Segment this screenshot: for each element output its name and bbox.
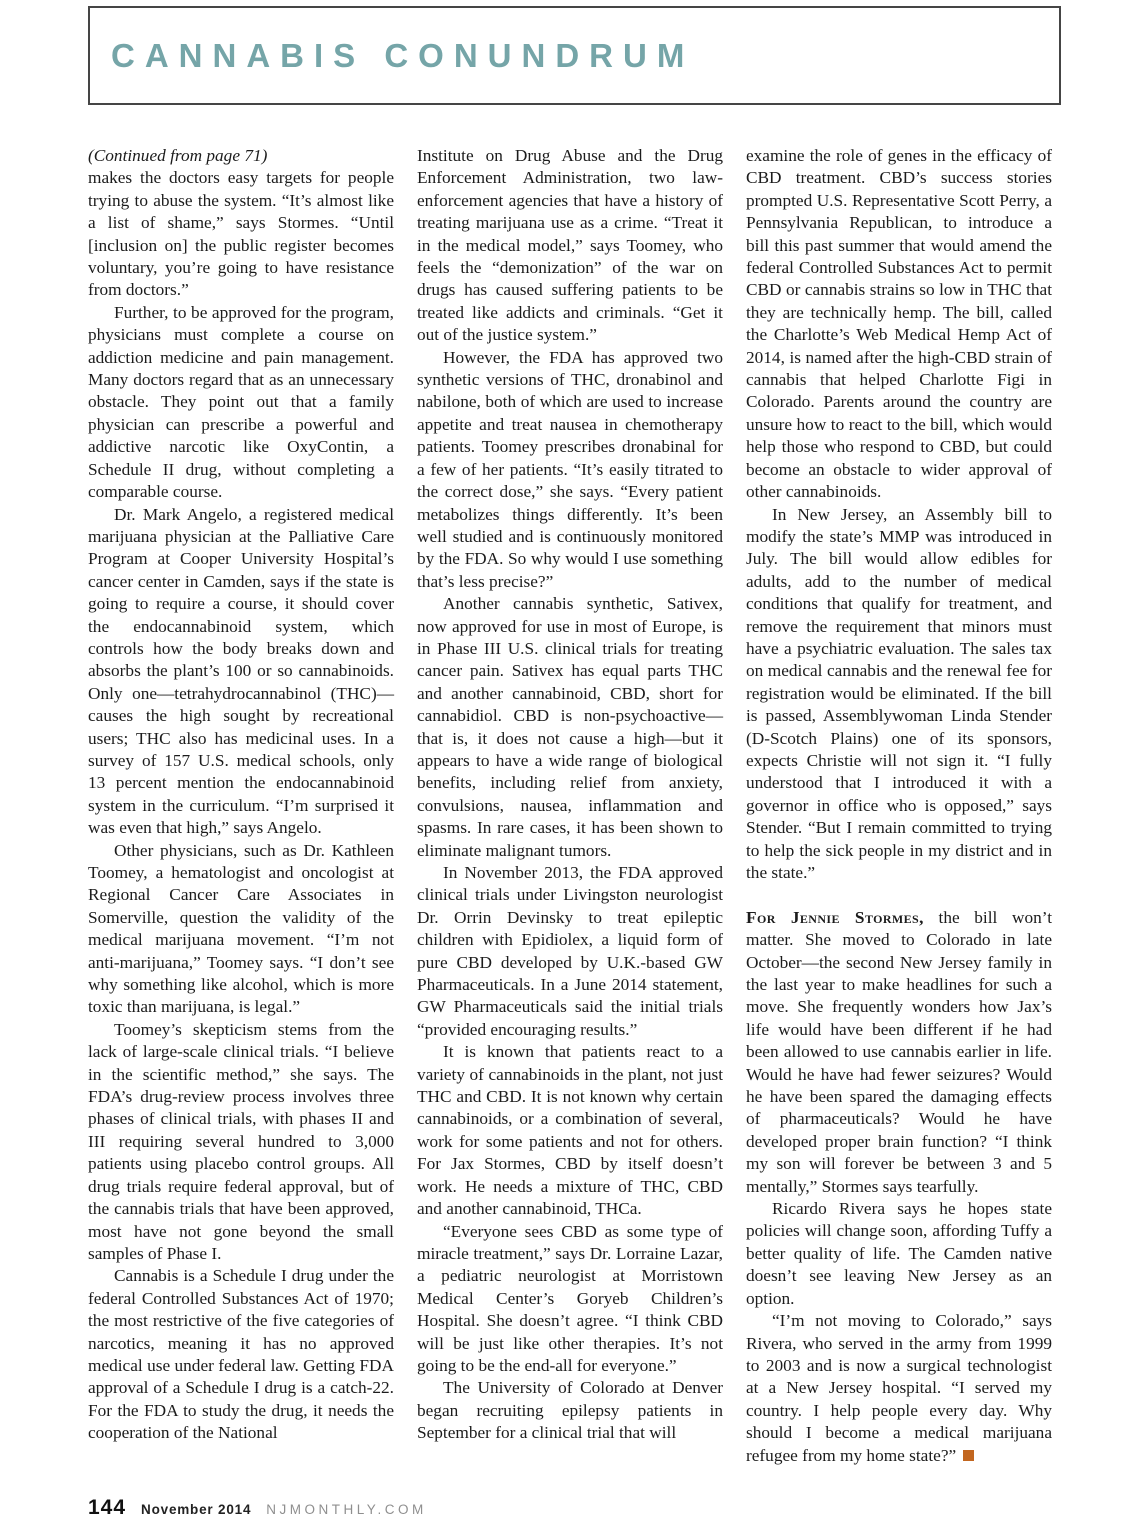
- paragraph-final: “I’m not moving to Colorado,” says River…: [746, 1310, 1052, 1467]
- paragraph-section-start: For Jennie Stormes, the bill won’t matte…: [746, 907, 1052, 1198]
- continued-from-note: (Continued from page 71): [88, 145, 394, 167]
- text-column-2: Institute on Drug Abuse and the Drug Enf…: [417, 145, 723, 1467]
- paragraph: Institute on Drug Abuse and the Drug Enf…: [417, 145, 723, 347]
- paragraph: Cannabis is a Schedule I drug under the …: [88, 1265, 394, 1444]
- article-title: CANNABIS CONUNDRUM: [90, 37, 694, 75]
- page-footer: 144 November 2014 NJMONTHLY.COM: [88, 1496, 427, 1520]
- article-header: CANNABIS CONUNDRUM: [88, 6, 1061, 105]
- paragraph: examine the role of genes in the efficac…: [746, 145, 1052, 504]
- article-body: (Continued from page 71) makes the docto…: [88, 145, 1054, 1467]
- paragraph: makes the doctors easy targets for peopl…: [88, 167, 394, 301]
- paragraph: In New Jersey, an Assembly bill to modif…: [746, 504, 1052, 885]
- issue-date: November 2014: [141, 1502, 251, 1517]
- paragraph-text: the bill won’t matter. She moved to Colo…: [746, 908, 1052, 1196]
- paragraph: The University of Colorado at Denver beg…: [417, 1377, 723, 1444]
- page-number: 144: [88, 1496, 126, 1520]
- paragraph: It is known that patients react to a var…: [417, 1041, 723, 1220]
- end-of-article-mark: [963, 1450, 974, 1461]
- paragraph: Ricardo Rivera says he hopes state polic…: [746, 1198, 1052, 1310]
- text-column-1: (Continued from page 71) makes the docto…: [88, 145, 394, 1467]
- paragraph: In November 2013, the FDA approved clini…: [417, 862, 723, 1041]
- paragraph: Toomey’s skepticism stems from the lack …: [88, 1019, 394, 1265]
- section-lead-small-caps: For Jennie Stormes,: [746, 908, 924, 927]
- website-url: NJMONTHLY.COM: [266, 1502, 427, 1517]
- paragraph: However, the FDA has approved two synthe…: [417, 347, 723, 593]
- paragraph: “Everyone sees CBD as some type of mirac…: [417, 1221, 723, 1378]
- paragraph: Another cannabis synthetic, Sativex, now…: [417, 593, 723, 862]
- magazine-page: CANNABIS CONUNDRUM (Continued from page …: [0, 0, 1147, 1536]
- paragraph-text: “I’m not moving to Colorado,” says River…: [746, 1311, 1052, 1464]
- paragraph: Other physicians, such as Dr. Kathleen T…: [88, 840, 394, 1019]
- text-column-3: examine the role of genes in the efficac…: [746, 145, 1052, 1467]
- paragraph: Further, to be approved for the program,…: [88, 302, 394, 504]
- paragraph: Dr. Mark Angelo, a registered medical ma…: [88, 504, 394, 840]
